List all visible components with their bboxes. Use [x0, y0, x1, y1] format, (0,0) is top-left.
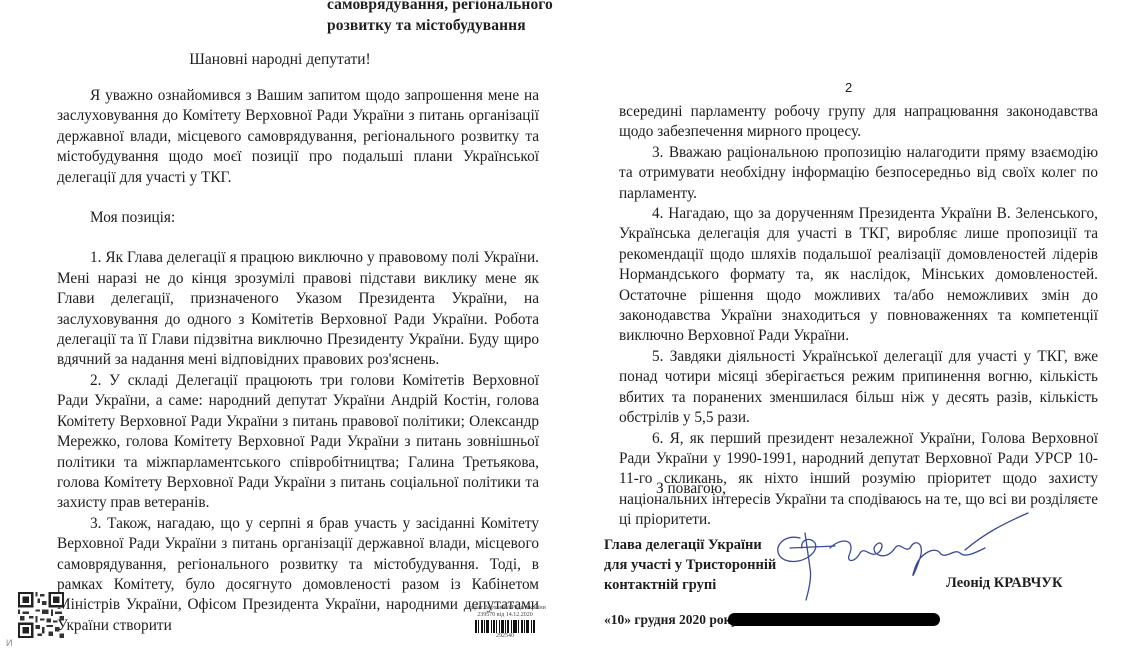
point-5-paragraph: 5. Завдяки діяльності Української делега…: [619, 347, 1098, 429]
stamp-organization: Апарат Верховної Ради України: [430, 605, 580, 612]
handwritten-signature-icon: [760, 508, 1030, 608]
signatory-title: Глава делегації України для участі у Три…: [604, 535, 776, 595]
letter-body-page-1: Я уважно ознайомився з Вашим запитом щод…: [57, 86, 539, 636]
qr-code-icon: [18, 592, 64, 638]
redaction-bar: [728, 613, 940, 626]
letter-date: «10» грудня 2020 року: [604, 612, 738, 628]
greeting: Шановні народні депутати!: [0, 50, 560, 70]
addressee-block: самоврядування, регіонального розвитку т…: [327, 0, 567, 36]
barcode-icon: [465, 620, 545, 633]
letter-page-1: самоврядування, регіонального розвитку т…: [0, 0, 560, 663]
addressee-line: самоврядування, регіонального: [327, 0, 567, 15]
barcode-number: 292540: [430, 633, 580, 640]
signatory-title-line: контактній групі: [604, 575, 776, 595]
point-3b-paragraph: 3. Вважаю раціональною пропозицію налаго…: [619, 143, 1098, 204]
letter-body-page-2: всередині парламенту робочу групу для на…: [619, 102, 1098, 531]
signatory-name: Леонід КРАВЧУК: [946, 575, 1062, 592]
position-heading: Моя позиція:: [57, 208, 539, 228]
initial-mark: И: [6, 638, 12, 648]
signatory-title-line: Глава делегації України: [604, 535, 776, 555]
point-2-paragraph: 2. У складі Делегації працюють три голов…: [57, 371, 539, 514]
addressee-line: розвитку та містобудування: [327, 15, 567, 36]
continuation-paragraph: всередині парламенту робочу групу для на…: [619, 102, 1098, 143]
intro-paragraph: Я уважно ознайомився з Вашим запитом щод…: [57, 86, 539, 188]
closing: З повагою,: [656, 480, 726, 498]
point-1-paragraph: 1. Як Глава делегації я працюю виключно …: [57, 248, 539, 370]
registration-stamp: Апарат Верховної Ради України 239570 від…: [430, 605, 580, 640]
point-4-paragraph: 4. Нагадаю, що за дорученням Президента …: [619, 204, 1098, 347]
stamp-registration: 239570 від 14.12.2020: [430, 612, 580, 619]
signatory-title-line: для участі у Тристоронній: [604, 555, 776, 575]
letter-page-2: 2 всередині парламенту робочу групу для …: [560, 0, 1123, 663]
page-number: 2: [845, 80, 852, 95]
